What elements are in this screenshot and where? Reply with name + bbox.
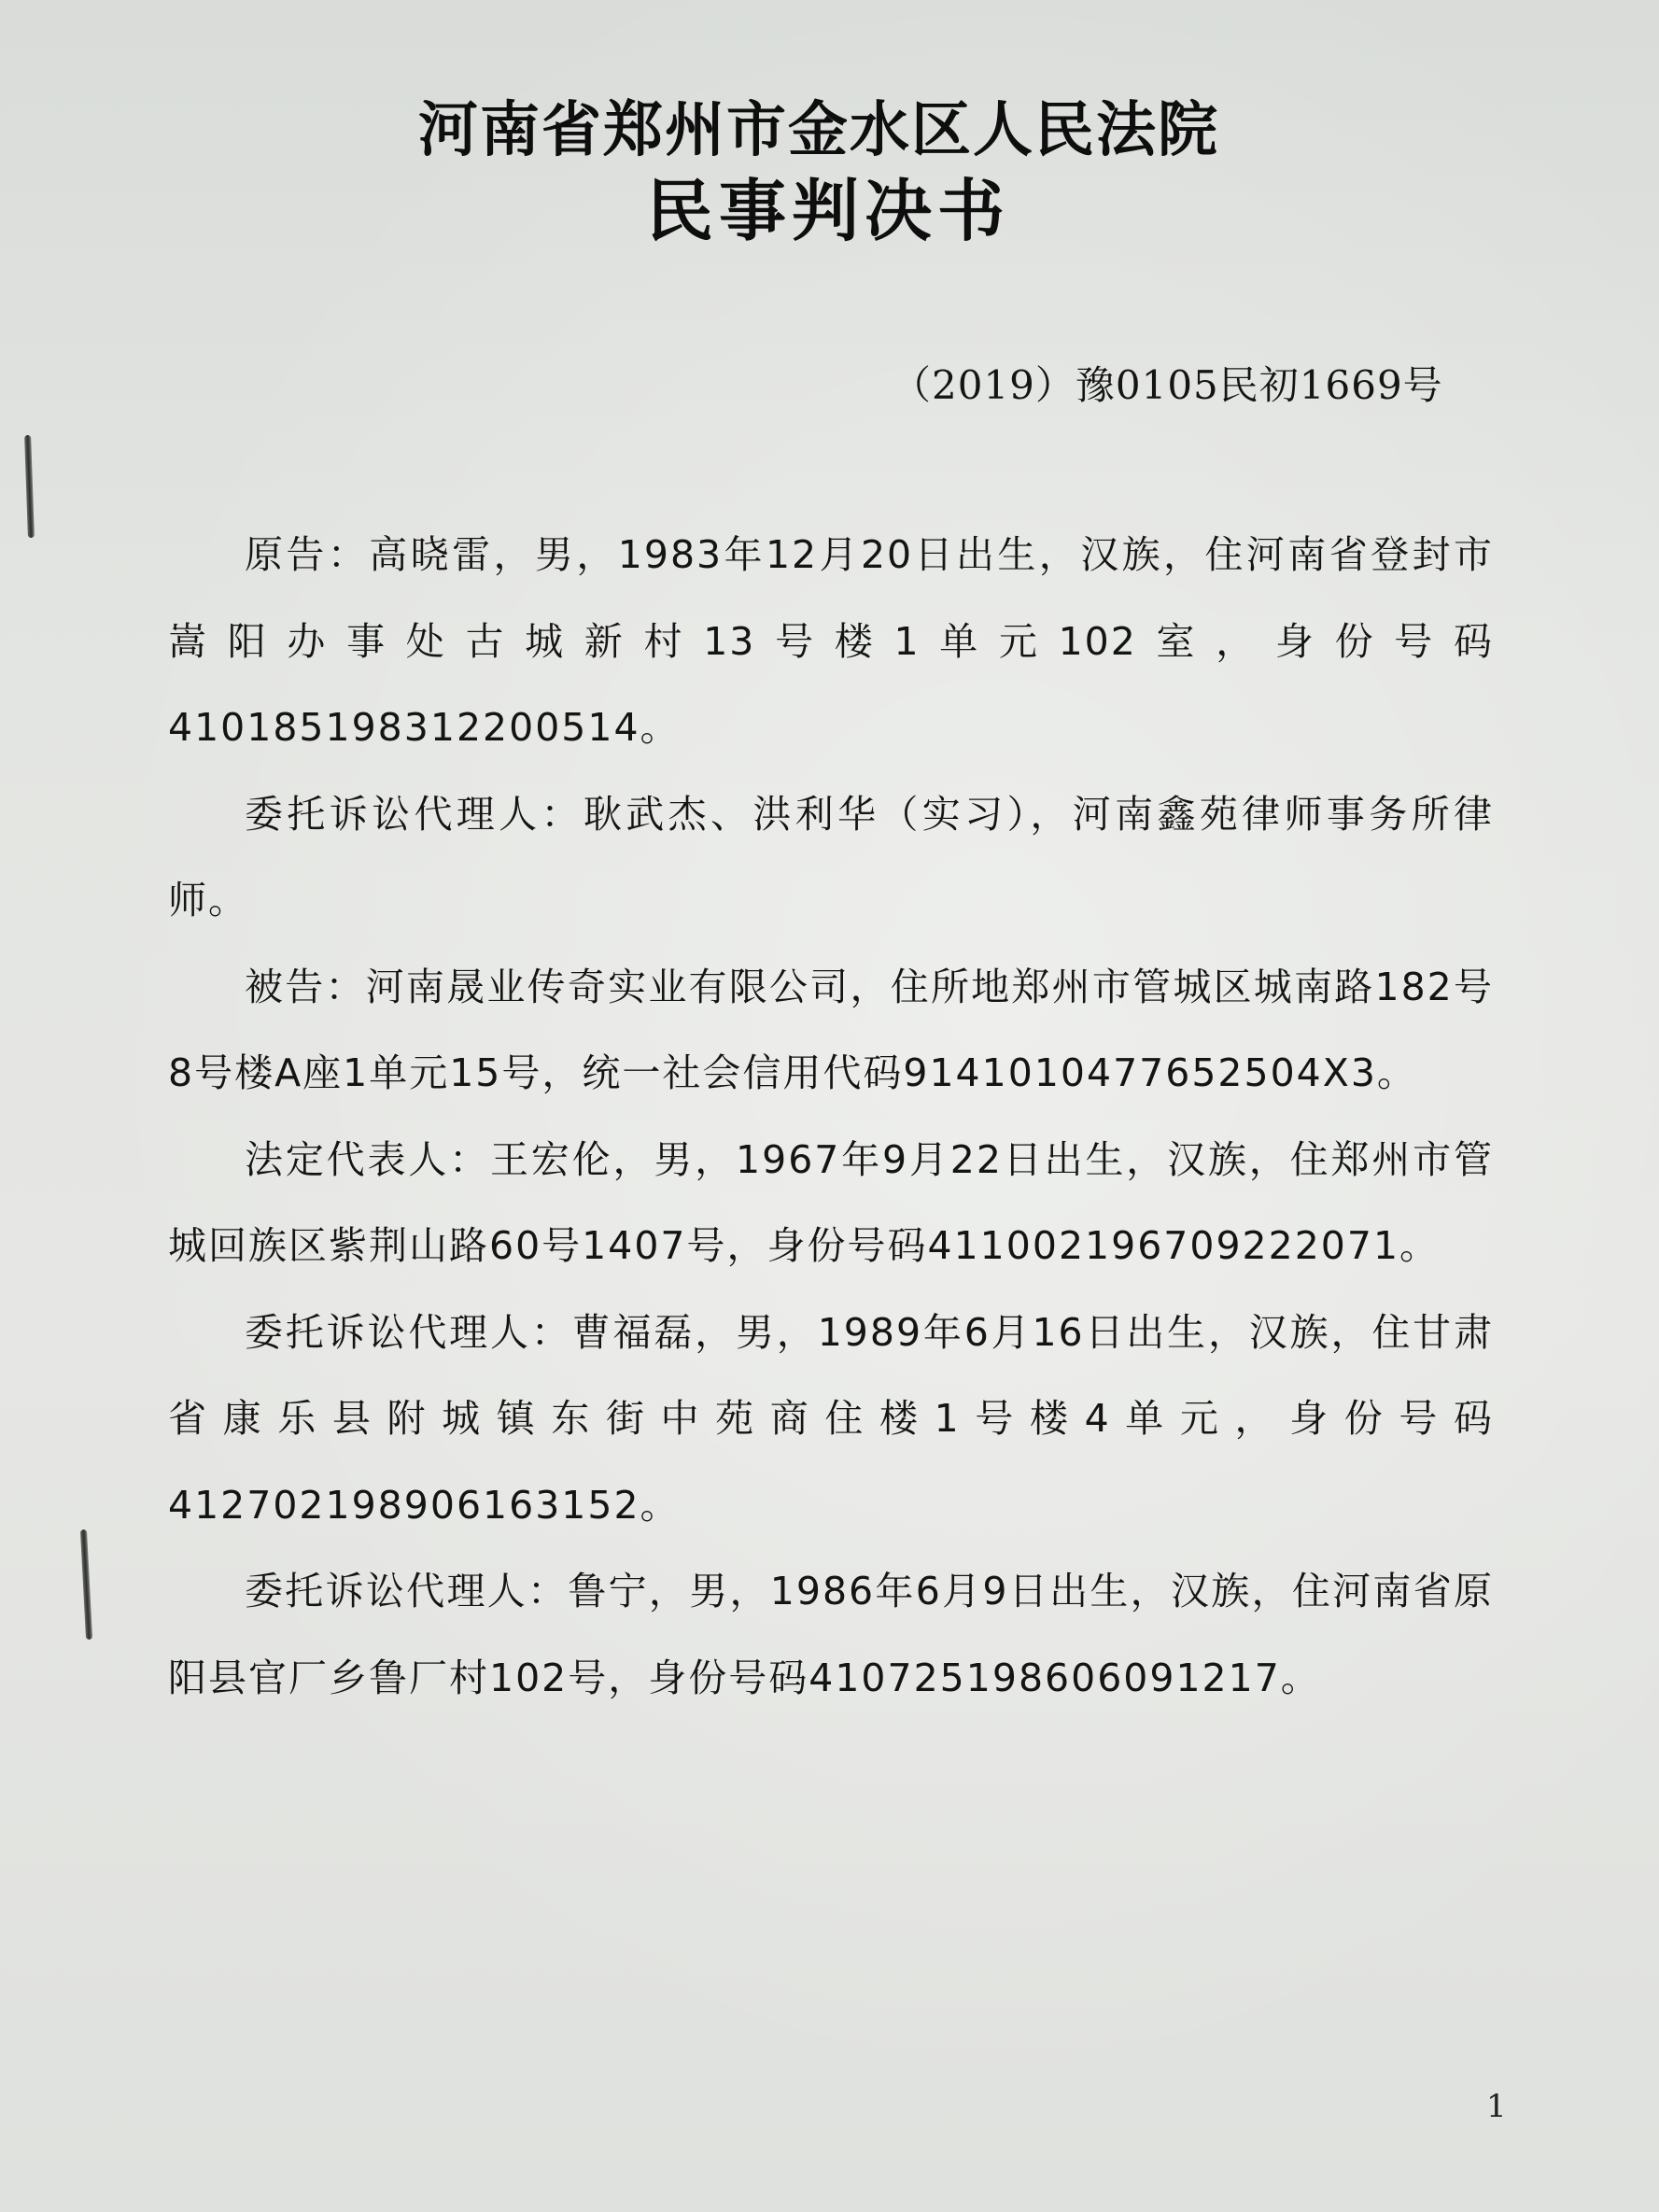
plaintiff-paragraph: 原告：高晓雷，男，1983年12月20日出生，汉族，住河南省登封市嵩阳办事处古城… bbox=[168, 512, 1494, 771]
plaintiff-agent-paragraph: 委托诉讼代理人：耿武杰、洪利华（实习），河南鑫苑律师事务所律师。 bbox=[168, 771, 1494, 944]
staple-mark bbox=[24, 435, 35, 538]
parties-section: 原告：高晓雷，男，1983年12月20日出生，汉族，住河南省登封市嵩阳办事处古城… bbox=[168, 512, 1494, 1721]
legal-representative-paragraph: 法定代表人：王宏伦，男，1967年9月22日出生，汉族，住郑州市管城回族区紫荆山… bbox=[168, 1117, 1494, 1289]
defendant-agent-paragraph: 委托诉讼代理人：鲁宁，男，1986年6月9日出生，汉族，住河南省原阳县官厂乡鲁厂… bbox=[168, 1548, 1494, 1721]
court-name-title: 河南省郑州市金水区人民法院 bbox=[418, 82, 1240, 168]
defendant-paragraph: 被告：河南晟业传奇实业有限公司，住所地郑州市管城区城南路182号8号楼A座1单元… bbox=[168, 944, 1494, 1117]
defendant-agent-paragraph: 委托诉讼代理人：曹福磊，男，1989年6月16日出生，汉族，住甘肃省康乐县附城镇… bbox=[168, 1289, 1494, 1549]
page-number: 1 bbox=[1486, 2088, 1507, 2125]
case-number: （2019）豫0105民初1669号 bbox=[892, 355, 1443, 411]
staple-mark bbox=[80, 1529, 92, 1640]
document-type-title: 民事判决书 bbox=[646, 157, 1010, 254]
